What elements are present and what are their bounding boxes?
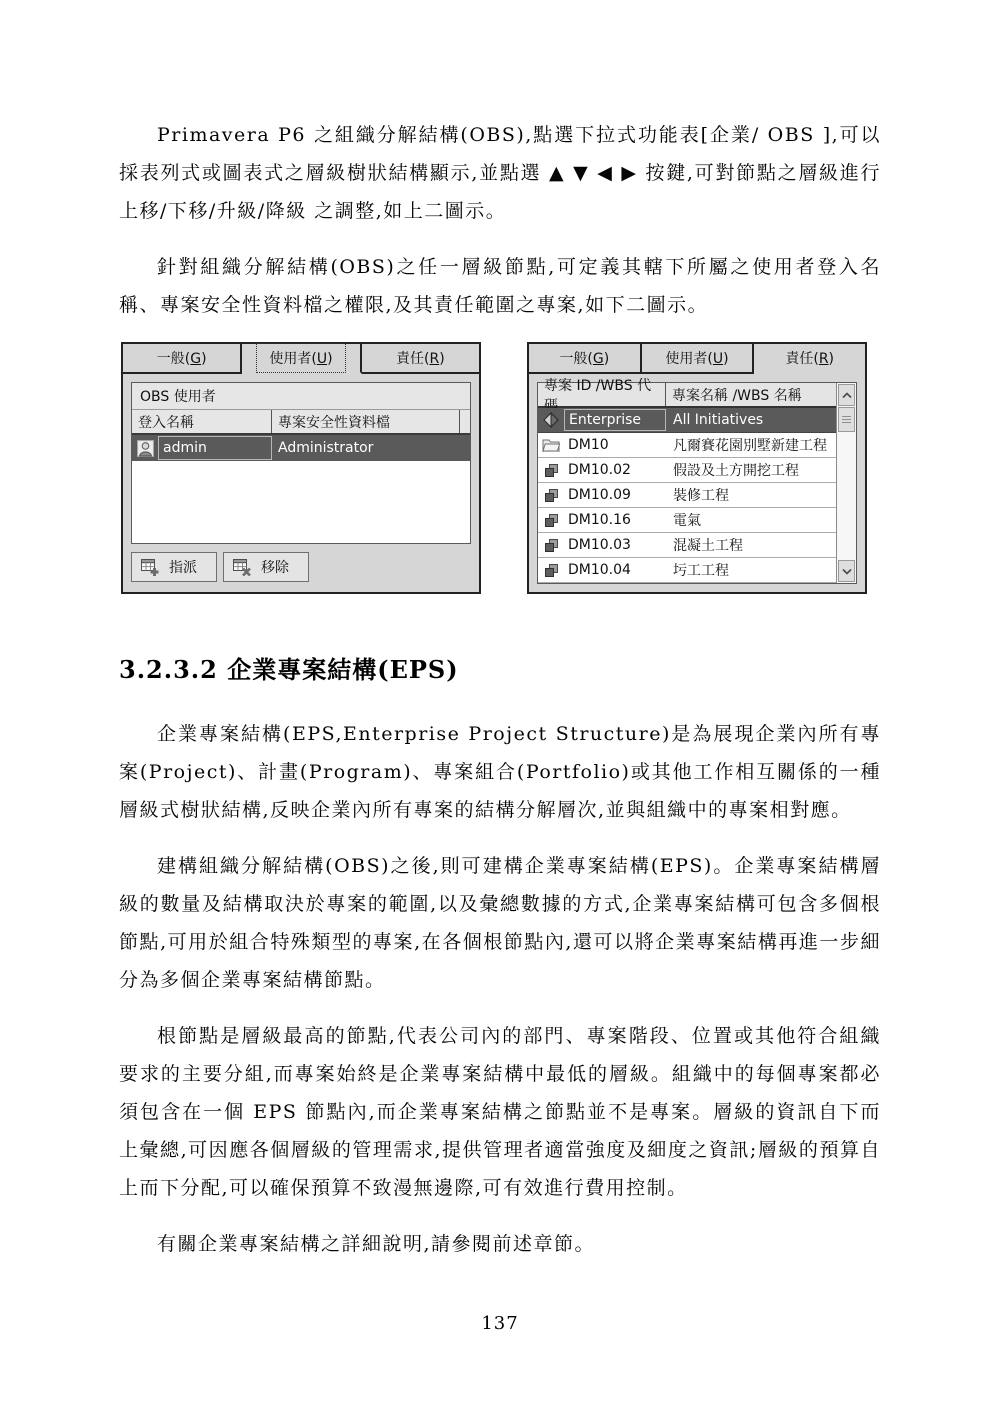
assign-button[interactable]: 指派 [131, 552, 217, 582]
tab-general-label: 一般(G) [549, 346, 619, 370]
paragraph-obs-permissions: 針對組織分解結構(OBS)之任一層級節點,可定義其轄下所屬之使用者登入名稱、專案… [119, 248, 881, 324]
document-page: Primavera P6 之組織分解結構(OBS),點選下拉式功能表[企業/ O… [119, 116, 881, 1334]
project-name-cell: All Initiatives [666, 412, 836, 428]
column-login-name[interactable]: 登入名稱 [132, 410, 272, 433]
left-dialog-buttons: 指派 移除 [131, 552, 471, 582]
wbs-icon [538, 538, 564, 553]
obs-users-dialog: 一般(G) 使用者(U) 責任(R) OBS 使用者 登入名稱 專案安全性資料檔 [121, 342, 481, 594]
project-id-cell: DM10.04 [564, 558, 666, 582]
tab-responsibility[interactable]: 責任(R) [754, 344, 865, 374]
tab-responsibility[interactable]: 責任(R) [362, 344, 479, 374]
assign-button-label: 指派 [169, 557, 197, 577]
paragraph-eps-structure: 建構組織分解結構(OBS)之後,則可建構企業專案結構(EPS)。企業專案結構層級… [119, 847, 881, 999]
figures-row: 一般(G) 使用者(U) 責任(R) OBS 使用者 登入名稱 專案安全性資料檔 [121, 342, 881, 594]
paragraph-eps-reference: 有關企業專案結構之詳細說明,請參閱前述章節。 [119, 1225, 881, 1263]
user-icon [132, 440, 158, 457]
table-row-dm10-04[interactable]: DM10.04 圬工工程 [538, 558, 836, 583]
project-name-cell: 圬工工程 [666, 560, 836, 580]
project-name-cell: 裝修工程 [666, 485, 836, 505]
table-add-icon [141, 559, 160, 576]
remove-button[interactable]: 移除 [223, 552, 309, 582]
scroll-up-button[interactable] [838, 384, 855, 406]
chevron-down-icon [842, 568, 852, 575]
obs-users-panel: OBS 使用者 登入名稱 專案安全性資料檔 admin A [131, 382, 471, 544]
wbs-icon [538, 463, 564, 478]
column-security-profile[interactable]: 專案安全性資料檔 [272, 410, 460, 433]
table-row-dm10-16[interactable]: DM10.16 電氣 [538, 508, 836, 533]
tab-general[interactable]: 一般(G) [529, 344, 642, 374]
responsibility-table-header: 專案 ID /WBS 代碼 專案名稱 /WBS 名稱 [538, 383, 836, 408]
left-tab-strip: 一般(G) 使用者(U) 責任(R) [123, 344, 479, 374]
table-remove-icon [233, 559, 252, 576]
vertical-scrollbar[interactable] [836, 383, 856, 583]
users-table-header: 登入名稱 專案安全性資料檔 [132, 410, 470, 435]
tab-general[interactable]: 一般(G) [123, 344, 242, 374]
tab-responsibility-label: 責任(R) [775, 346, 844, 370]
table-row-enterprise[interactable]: Enterprise All Initiatives [538, 408, 836, 433]
project-name-cell: 混凝土工程 [666, 535, 836, 555]
wbs-icon [538, 488, 564, 503]
wbs-icon [538, 513, 564, 528]
section-heading: 3.2.3.2 企業專案結構(EPS) [119, 650, 881, 685]
security-profile-cell: Administrator [272, 440, 470, 456]
table-row-dm10-09[interactable]: DM10.09 裝修工程 [538, 483, 836, 508]
table-row-dm10-03[interactable]: DM10.03 混凝土工程 [538, 533, 836, 558]
responsibility-grid: 專案 ID /WBS 代碼 專案名稱 /WBS 名稱 Enterprise Al… [538, 383, 836, 583]
project-name-cell: 假設及土方開挖工程 [666, 460, 836, 480]
scroll-down-button[interactable] [838, 560, 855, 582]
enterprise-icon [538, 412, 564, 428]
chevron-up-icon [842, 392, 852, 399]
project-name-cell: 電氣 [666, 510, 836, 530]
wbs-icon [538, 563, 564, 578]
tab-general-label: 一般(G) [147, 346, 217, 370]
scrollbar-track[interactable] [837, 432, 856, 559]
right-tab-strip: 一般(G) 使用者(U) 責任(R) [529, 344, 865, 374]
responsibility-table: 專案 ID /WBS 代碼 專案名稱 /WBS 名稱 Enterprise Al… [537, 382, 857, 584]
project-id-cell: DM10.02 [564, 458, 666, 482]
paragraph-eps-root-nodes: 根節點是層級最高的節點,代表公司內的部門、專案階段、位置或其他符合組織要求的主要… [119, 1017, 881, 1207]
column-project-id[interactable]: 專案 ID /WBS 代碼 [538, 383, 666, 406]
tab-users[interactable]: 使用者(U) [242, 344, 361, 374]
folder-icon [538, 438, 564, 452]
project-id-cell: DM10.03 [564, 533, 666, 557]
scrollbar-thumb[interactable] [838, 407, 855, 432]
column-stub [460, 410, 470, 433]
user-row-admin[interactable]: admin Administrator [132, 435, 470, 461]
paragraph-eps-definition: 企業專案結構(EPS,Enterprise Project Structure)… [119, 715, 881, 829]
project-id-cell: DM10 [564, 433, 666, 457]
project-id-cell: DM10.09 [564, 483, 666, 507]
project-name-cell: 凡爾賽花園別墅新建工程 [666, 435, 836, 455]
table-row-dm10[interactable]: DM10 凡爾賽花園別墅新建工程 [538, 433, 836, 458]
remove-button-label: 移除 [261, 557, 289, 577]
login-name-cell: admin [158, 436, 272, 460]
page-number: 137 [119, 1313, 881, 1334]
project-id-cell: Enterprise [564, 409, 666, 431]
table-row-dm10-02[interactable]: DM10.02 假設及土方開挖工程 [538, 458, 836, 483]
tab-users[interactable]: 使用者(U) [642, 344, 755, 374]
tab-responsibility-label: 責任(R) [386, 346, 455, 370]
tab-users-label: 使用者(U) [259, 346, 342, 370]
column-project-name[interactable]: 專案名稱 /WBS 名稱 [666, 383, 836, 406]
paragraph-obs-intro: Primavera P6 之組織分解結構(OBS),點選下拉式功能表[企業/ O… [119, 116, 881, 230]
tab-users-label: 使用者(U) [655, 346, 738, 370]
obs-responsibility-dialog: 一般(G) 使用者(U) 責任(R) 專案 ID /WBS 代碼 專案名稱 /W… [527, 342, 867, 594]
project-id-cell: DM10.16 [564, 508, 666, 532]
panel-title: OBS 使用者 [132, 383, 470, 410]
